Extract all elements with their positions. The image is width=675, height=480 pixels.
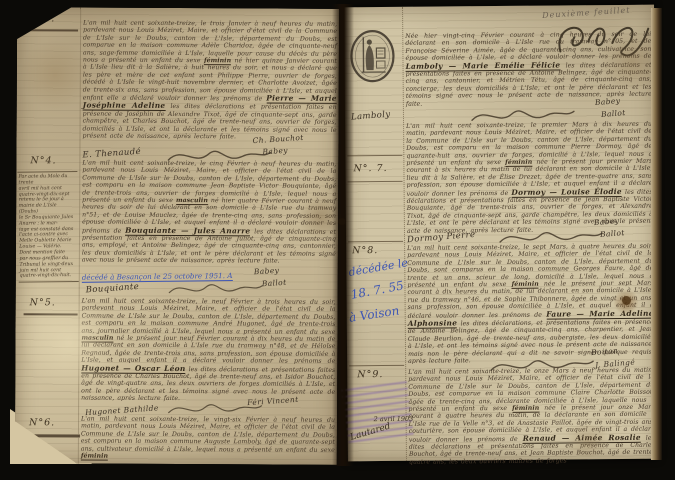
entry-number-3: N°3.: [29, 13, 55, 24]
death-annotation-blue: 18. 7. 55: [350, 278, 405, 302]
record-text: L'an mil huit cent soixante-treize, le v…: [81, 416, 335, 454]
stamp-date-handwriting: 2 avril 1903: [374, 415, 414, 423]
margin-separator: [347, 155, 402, 156]
pencil-annotation: Deuxième feuillet: [542, 6, 631, 20]
birth-record-6: L'an mil huit cent soixante-treize, le v…: [81, 416, 335, 465]
marriage-margin-note: Par acte du Mole du trente avril mil hui…: [17, 171, 78, 283]
signature: Lamboly: [351, 110, 391, 123]
binding-stitch-hole: [338, 218, 346, 225]
margin-separator: [349, 365, 404, 366]
record-text: Née hier vingt-cinq Février courant à ci…: [405, 31, 651, 62]
entry-number-5: N°5.: [30, 297, 56, 308]
entry-number-8: N°8.: [352, 245, 378, 256]
page-edge-stack: [651, 8, 662, 460]
death-annotation-blue: à Voison: [348, 303, 400, 324]
signature: Ballot: [261, 278, 286, 289]
birth-record-3: L'an mil huit cent soixante-treize, le t…: [82, 20, 337, 151]
signature: Bouquiante: [85, 282, 139, 295]
margin-separator: [348, 241, 403, 242]
label-underline: [24, 313, 78, 315]
label-underline: [24, 29, 78, 31]
right-page: Deuxième feuillet Née hier vingt-cinq Fé…: [344, 5, 658, 462]
entry-number-6: N°6.: [29, 417, 55, 428]
margin-separator: [348, 181, 403, 182]
birth-record-5: L'an mil huit cent soixante-treize, le n…: [81, 298, 336, 405]
entry-number-9: N°9.: [357, 369, 383, 380]
birth-record-4: L'an mil huit cent soixante-treize, le c…: [82, 160, 337, 273]
register-scan: N°3. L'an mil huit cent soixante-treize,…: [0, 0, 675, 480]
birth-record-6-continuation: Née hier vingt-cinq Février courant à ci…: [405, 31, 652, 117]
birth-record-9: L'an mil huit cent soixante-treize, le o…: [408, 367, 655, 465]
signature: Ballot: [600, 228, 625, 239]
record-text: né le présent jour neuf Février courant …: [81, 335, 335, 365]
death-annotation-blue: décédée le: [348, 256, 409, 279]
birth-record-8: L'an mil huit cent soixante-treize, le s…: [407, 243, 654, 353]
left-page: N°3. L'an mil huit cent soixante-treize,…: [15, 7, 339, 465]
record-text: L'an mil huit cent soixante-treize, le n…: [81, 298, 335, 336]
entry-number-4: N°4.: [30, 155, 56, 166]
round-ink-stamp-icon: [349, 29, 395, 83]
entry-number-7: N°. 7.: [353, 163, 387, 174]
birth-record-7: L'an mil huit cent soixante-treize, le p…: [406, 121, 653, 229]
sex-word: féminin: [81, 453, 108, 461]
